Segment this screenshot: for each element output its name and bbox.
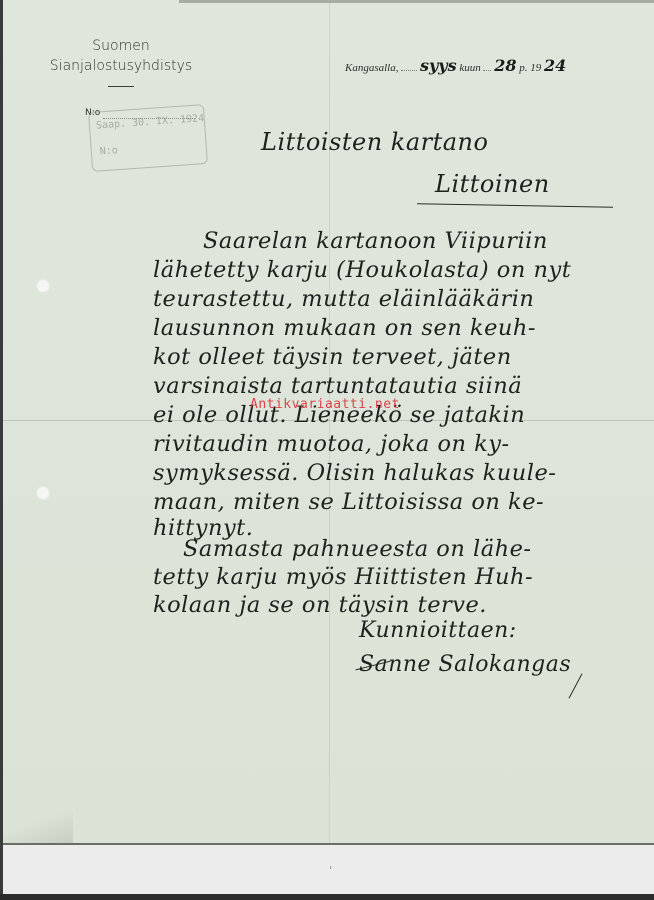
watermark: Antikvariaatti.net xyxy=(250,397,400,412)
body-line: lausunnon mukaan on sen keuh- xyxy=(153,315,536,341)
closing-salutation: Kunnioittaen: xyxy=(359,618,517,643)
body-line: symyksessä. Olisin halukas kuule- xyxy=(153,460,556,486)
letter-paper: Suomen Sianjalostusyhdistys N:o Saap. 30… xyxy=(3,0,654,845)
dotted-fill xyxy=(483,70,491,71)
signature: Sanne Salokangas xyxy=(359,652,571,677)
scanner-dust xyxy=(330,866,331,869)
body-line: teurastettu, mutta eläinlääkärin xyxy=(153,286,534,312)
body-line: kot olleet täysin terveet, jäten xyxy=(153,344,512,370)
place: Kangasalla, xyxy=(345,62,398,74)
day-suffix: p. 19 xyxy=(519,62,541,74)
month-suffix: kuun xyxy=(459,62,480,74)
body-line: lähetetty karju (Houkolasta) on nyt xyxy=(153,257,571,283)
letterhead-line-1: Suomen xyxy=(36,36,206,56)
body-line: maan, miten se Littoisissa on ke- xyxy=(153,489,544,515)
addressee-underline xyxy=(417,203,613,207)
addressee-line-2: Littoinen xyxy=(435,170,550,198)
paper-corner-curl xyxy=(3,810,73,843)
body-line: Samasta pahnueesta on lähe- xyxy=(183,536,532,562)
received-stamp: Saap. 30. IX. 1924 N:o xyxy=(88,104,208,172)
body-line: tetty karju myös Hiittisten Huh- xyxy=(153,564,533,590)
body-line: varsinaista tartuntatautia siinä xyxy=(153,373,522,399)
place-date-line: Kangasalla, syys kuun 28 p. 19 24 xyxy=(345,56,651,75)
stamp-number: N:o xyxy=(99,145,118,157)
letterhead-rule xyxy=(108,86,134,87)
punch-hole-icon xyxy=(36,486,50,500)
paper-top-edge xyxy=(179,0,654,3)
addressee-line-1: Littoisten kartano xyxy=(261,128,488,156)
letterhead-line-2: Sianjalostusyhdistys xyxy=(36,56,206,76)
letterhead: Suomen Sianjalostusyhdistys xyxy=(36,36,206,87)
body-line: Saarelan kartanoon Viipuriin xyxy=(203,228,548,254)
punch-hole-icon xyxy=(36,279,50,293)
dotted-fill xyxy=(401,70,417,71)
day-handwritten: 28 xyxy=(494,56,516,75)
body-line: rivitaudin muotoa, joka on ky- xyxy=(153,431,510,457)
document-scan: Suomen Sianjalostusyhdistys N:o Saap. 30… xyxy=(0,0,654,900)
scan-edge-bottom xyxy=(0,894,654,900)
body-line: kolaan ja se on täysin terve. xyxy=(153,592,487,618)
stamp-date: Saap. 30. IX. 1924 xyxy=(96,113,205,132)
year-handwritten: 24 xyxy=(544,56,566,75)
signature-tail xyxy=(568,673,582,698)
month-handwritten: syys xyxy=(420,56,457,75)
